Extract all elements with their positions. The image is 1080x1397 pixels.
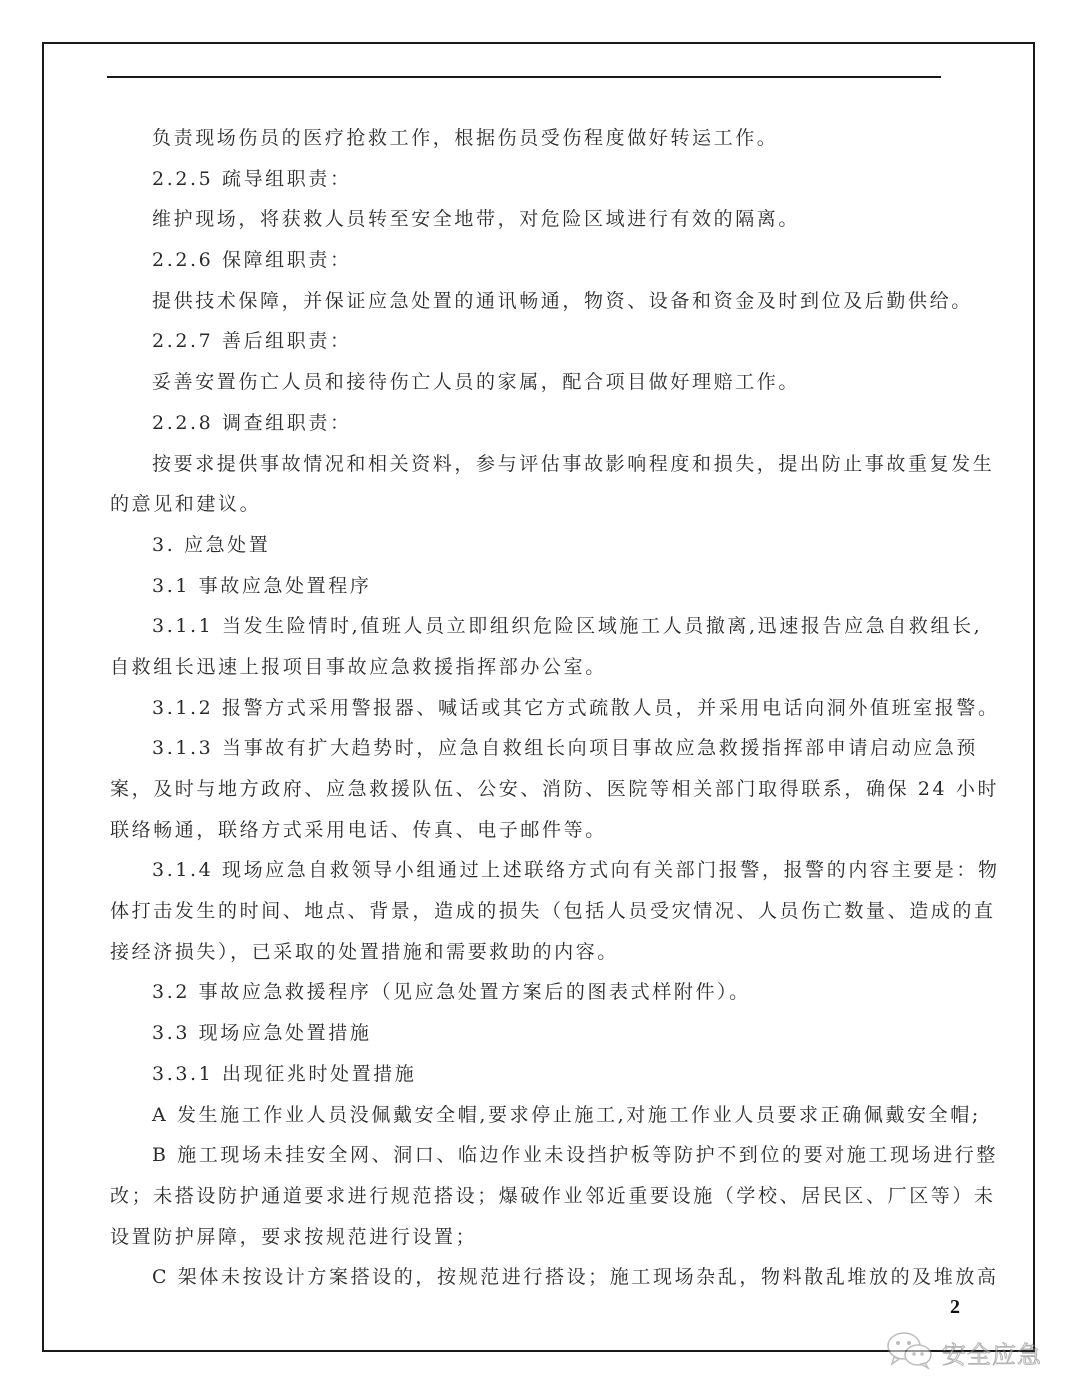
text-line: A 发生施工作业人员没佩戴安全帽,要求停止施工,对施工作业人员要求正确佩戴安全帽…	[110, 1095, 970, 1136]
text-line: 的意见和建议。	[110, 484, 970, 525]
text-line: 2.2.5 疏导组职责：	[110, 159, 970, 200]
text-line: 提供技术保障，并保证应急处置的通讯畅通，物资、设备和资金及时到位及后勤供给。	[110, 281, 970, 322]
text-line: 设置防护屏障，要求按规范进行设置；	[110, 1217, 970, 1258]
text-line: 按要求提供事故情况和相关资料，参与评估事故影响程度和损失，提出防止事故重复发生	[110, 444, 970, 485]
page-number: 2	[950, 1296, 960, 1319]
text-line: 联络畅通，联络方式采用电话、传真、电子邮件等。	[110, 810, 970, 851]
text-line: 3. 应急处置	[110, 525, 970, 566]
text-line: 3.1.3 当事故有扩大趋势时，应急自救组长向项目事故应急救援指挥部申请启动应急…	[110, 728, 970, 769]
text-line: 体打击发生的时间、地点、背景，造成的损失（包括人员受灾情况、人员伤亡数量、造成的…	[110, 891, 970, 932]
wechat-icon	[884, 1330, 936, 1374]
text-line: 妥善安置伤亡人员和接待伤亡人员的家属，配合项目做好理赔工作。	[110, 362, 970, 403]
text-line: 3.3.1 出现征兆时处置措施	[110, 1054, 970, 1095]
watermark-text: 安全应急	[942, 1335, 1042, 1370]
document-body: 负责现场伤员的医疗抢救工作，根据伤员受伤程度做好转运工作。2.2.5 疏导组职责…	[110, 118, 970, 1298]
text-line: 2.2.7 善后组职责：	[110, 321, 970, 362]
text-line: 接经济损失），已采取的处置措施和需要救助的内容。	[110, 932, 970, 973]
text-line: C 架体未按设计方案搭设的，按规范进行搭设；施工现场杂乱，物料散乱堆放的及堆放高	[110, 1257, 970, 1298]
watermark: 安全应急	[884, 1330, 1042, 1374]
text-line: 3.2 事故应急救援程序（见应急处置方案后的图表式样附件）。	[110, 972, 970, 1013]
text-line: 2.2.8 调查组职责：	[110, 403, 970, 444]
text-line: 维护现场，将获救人员转至安全地带，对危险区域进行有效的隔离。	[110, 199, 970, 240]
text-line: B 施工现场未挂安全网、洞口、临边作业未设挡护板等防护不到位的要对施工现场进行整	[110, 1135, 970, 1176]
text-line: 自救组长迅速上报项目事故应急救援指挥部办公室。	[110, 647, 970, 688]
text-line: 3.1.2 报警方式采用警报器、喊话或其它方式疏散人员，并采用电话向洞外值班室报…	[110, 688, 970, 729]
text-line: 案，及时与地方政府、应急救援队伍、公安、消防、医院等相关部门取得联系，确保 24…	[110, 769, 970, 810]
text-line: 3.3 现场应急处置措施	[110, 1013, 970, 1054]
text-line: 2.2.6 保障组职责：	[110, 240, 970, 281]
header-rule	[107, 76, 941, 78]
text-line: 改；未搭设防护通道要求进行规范搭设；爆破作业邻近重要设施（学校、居民区、厂区等）…	[110, 1176, 970, 1217]
text-line: 3.1.4 现场应急自救领导小组通过上述联络方式向有关部门报警，报警的内容主要是…	[110, 850, 970, 891]
text-line: 3.1.1 当发生险情时,值班人员立即组织危险区域施工人员撤离,迅速报告应急自救…	[110, 606, 970, 647]
text-line: 3.1 事故应急处置程序	[110, 566, 970, 607]
text-line: 负责现场伤员的医疗抢救工作，根据伤员受伤程度做好转运工作。	[110, 118, 970, 159]
